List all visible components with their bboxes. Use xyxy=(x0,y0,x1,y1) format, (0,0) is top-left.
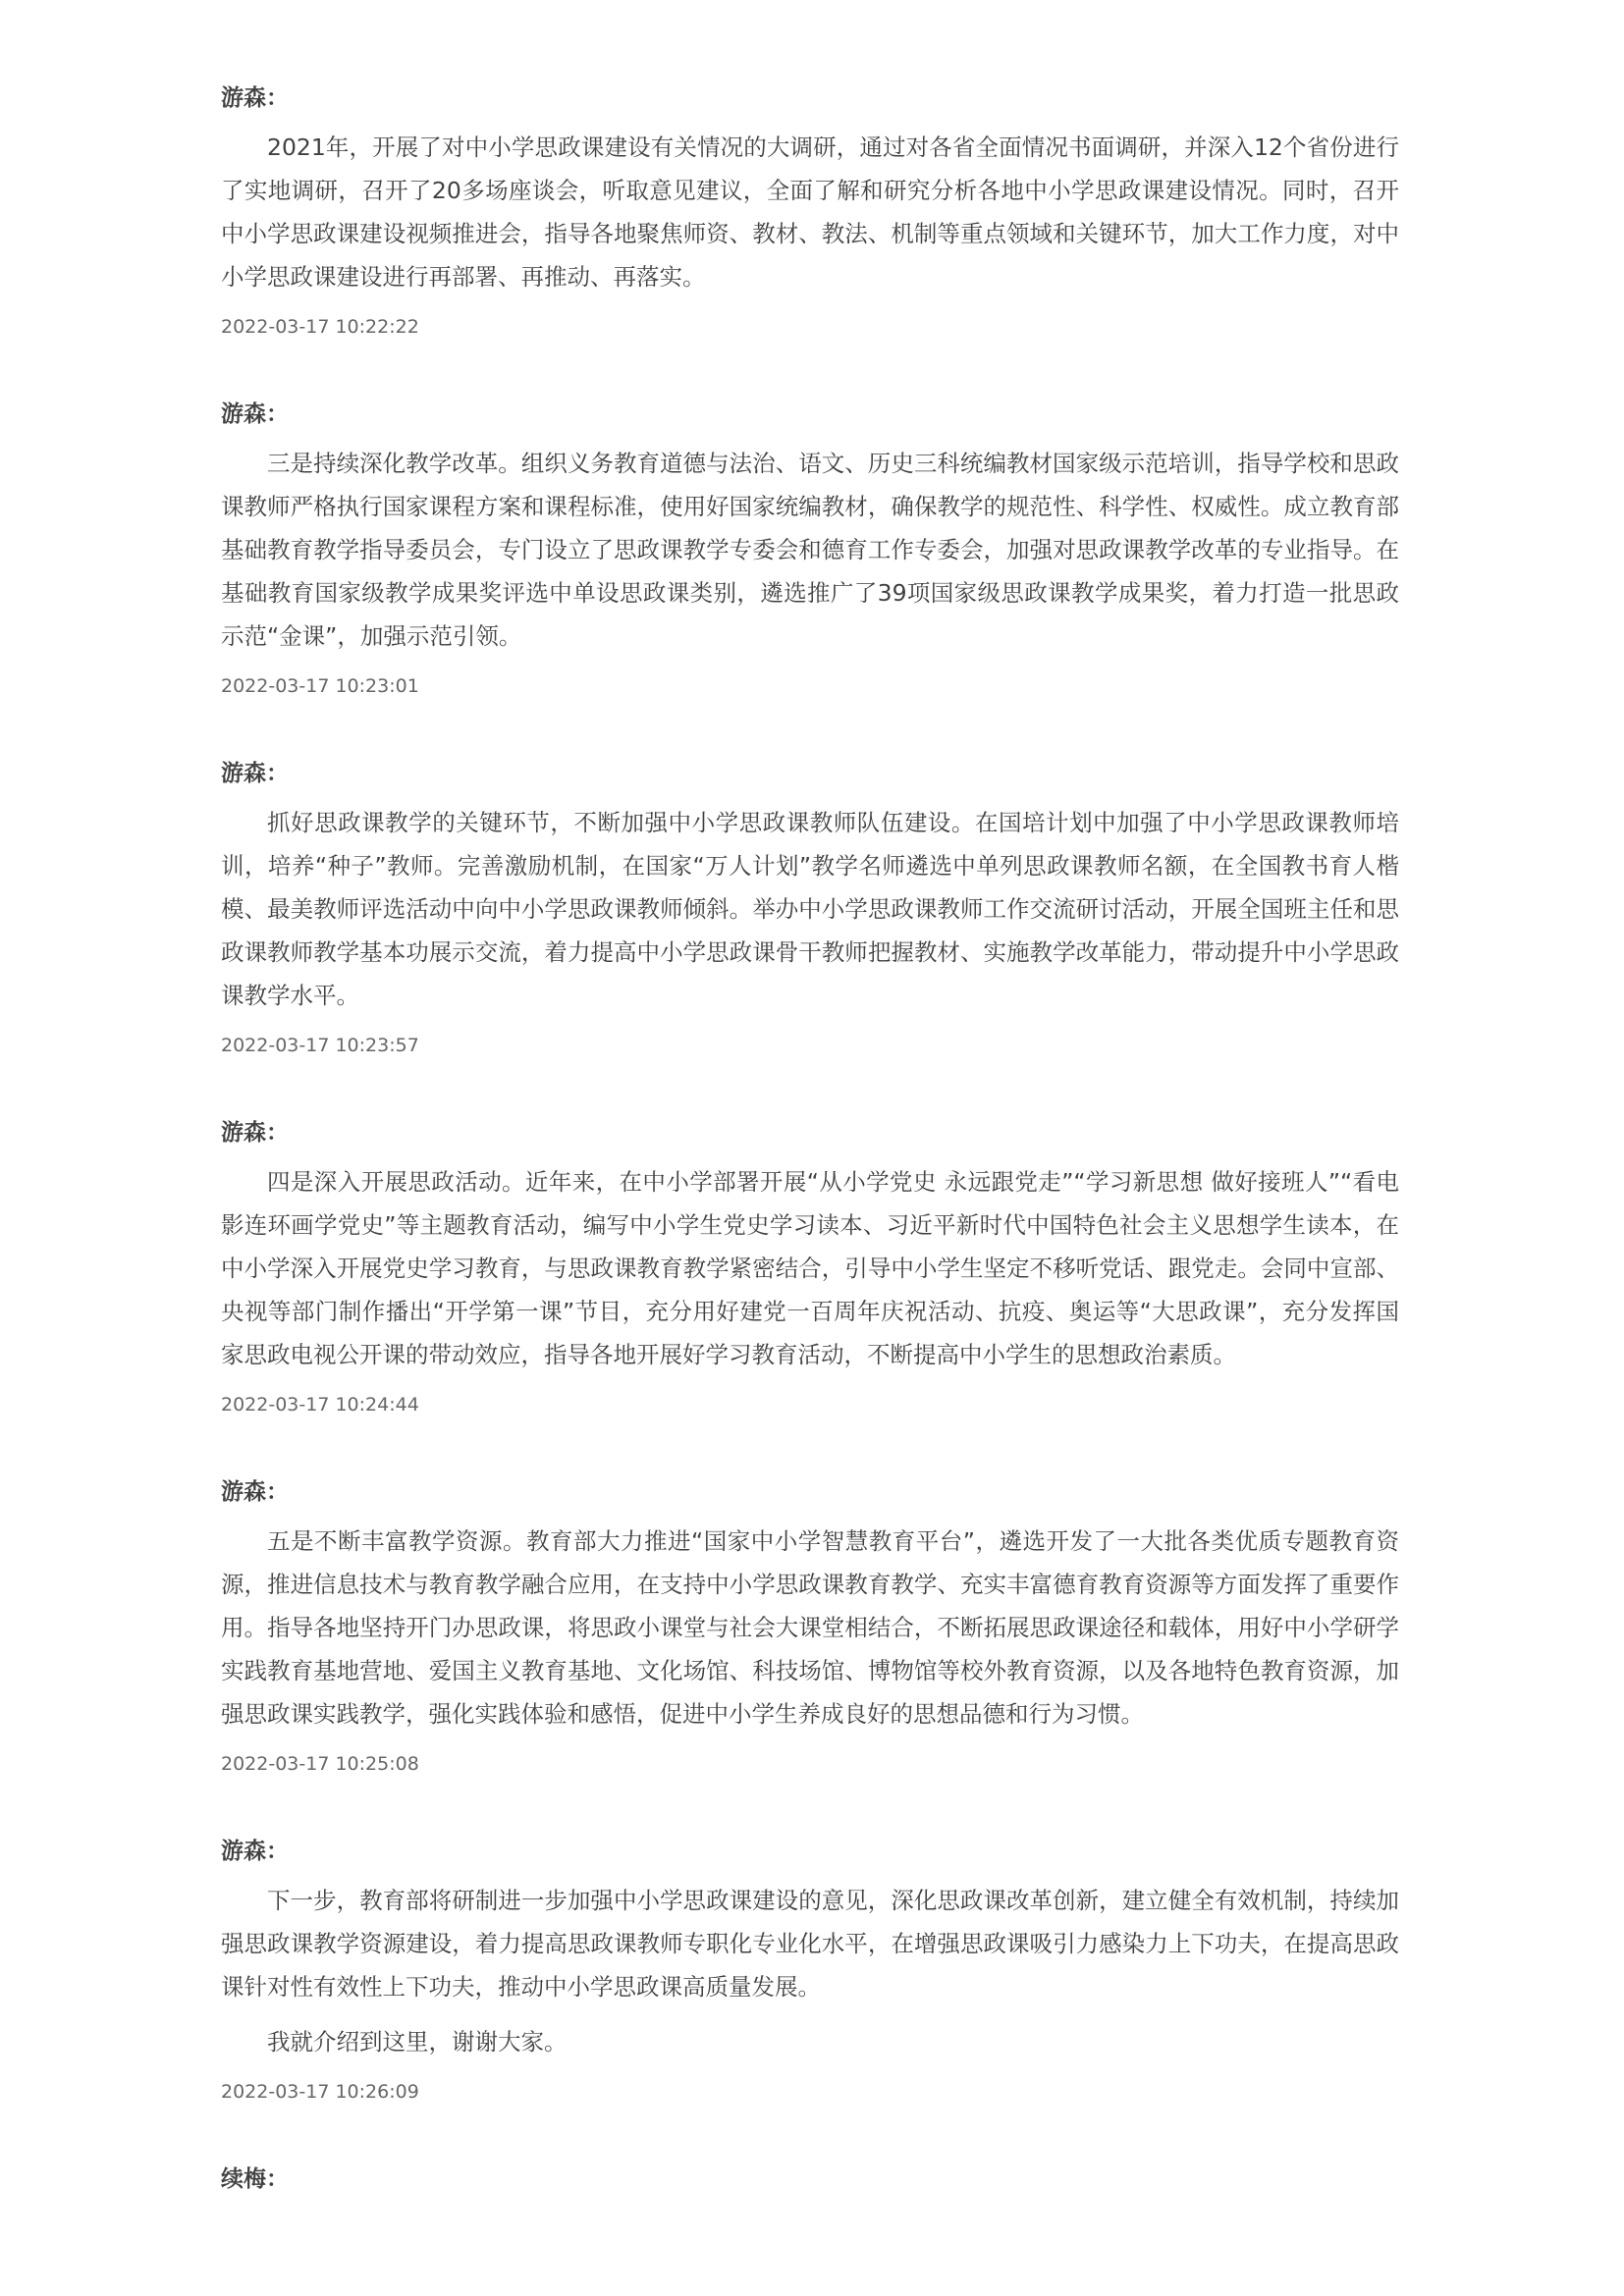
transcript-entry: 游森： 抓好思政课教学的关键环节，不断加强中小学思政课教师队伍建设。在国培计划中… xyxy=(221,752,1399,1067)
timestamp: 2022-03-17 10:24:44 xyxy=(221,1383,1399,1426)
speech-paragraph: 五是不断丰富教学资源。教育部大力推进“国家中小学智慧教育平台”，遴选开发了一大批… xyxy=(221,1520,1399,1735)
speech-paragraph: 四是深入开展思政活动。近年来，在中小学部署开展“从小学党史 永远跟党走”“学习新… xyxy=(221,1160,1399,1376)
speaker-name: 游森： xyxy=(221,1111,1399,1154)
transcript-entry: 续梅： xyxy=(221,2158,1399,2201)
transcript-entry: 游森： 2021年，开展了对中小学思政课建设有关情况的大调研，通过对各省全面情况… xyxy=(221,77,1399,348)
speech-paragraph: 2021年，开展了对中小学思政课建设有关情况的大调研，通过对各省全面情况书面调研… xyxy=(221,126,1399,298)
speaker-name: 续梅： xyxy=(221,2158,1399,2201)
speaker-name: 游森： xyxy=(221,1830,1399,1873)
speaker-name: 游森： xyxy=(221,393,1399,436)
speaker-name: 游森： xyxy=(221,77,1399,120)
timestamp: 2022-03-17 10:25:08 xyxy=(221,1742,1399,1786)
speech-paragraph: 我就介绍到这里，谢谢大家。 xyxy=(221,2020,1399,2063)
speech-paragraph: 下一步，教育部将研制进一步加强中小学思政课建设的意见，深化思政课改革创新，建立健… xyxy=(221,1879,1399,2008)
speaker-name: 游森： xyxy=(221,1470,1399,1514)
speech-paragraph: 三是持续深化教学改革。组织义务教育道德与法治、语文、历史三科统编教材国家级示范培… xyxy=(221,442,1399,658)
timestamp: 2022-03-17 10:22:22 xyxy=(221,305,1399,348)
speaker-name: 游森： xyxy=(221,752,1399,795)
transcript-entry: 游森： 三是持续深化教学改革。组织义务教育道德与法治、语文、历史三科统编教材国家… xyxy=(221,393,1399,708)
timestamp: 2022-03-17 10:23:57 xyxy=(221,1024,1399,1067)
speech-paragraph: 抓好思政课教学的关键环节，不断加强中小学思政课教师队伍建设。在国培计划中加强了中… xyxy=(221,801,1399,1017)
transcript-entry: 游森： 下一步，教育部将研制进一步加强中小学思政课建设的意见，深化思政课改革创新… xyxy=(221,1830,1399,2113)
transcript-entry: 游森： 五是不断丰富教学资源。教育部大力推进“国家中小学智慧教育平台”，遴选开发… xyxy=(221,1470,1399,1786)
timestamp: 2022-03-17 10:23:01 xyxy=(221,665,1399,708)
transcript-entry: 游森： 四是深入开展思政活动。近年来，在中小学部署开展“从小学党史 永远跟党走”… xyxy=(221,1111,1399,1426)
transcript-page: 游森： 2021年，开展了对中小学思政课建设有关情况的大调研，通过对各省全面情况… xyxy=(221,77,1399,2245)
timestamp: 2022-03-17 10:26:09 xyxy=(221,2070,1399,2113)
